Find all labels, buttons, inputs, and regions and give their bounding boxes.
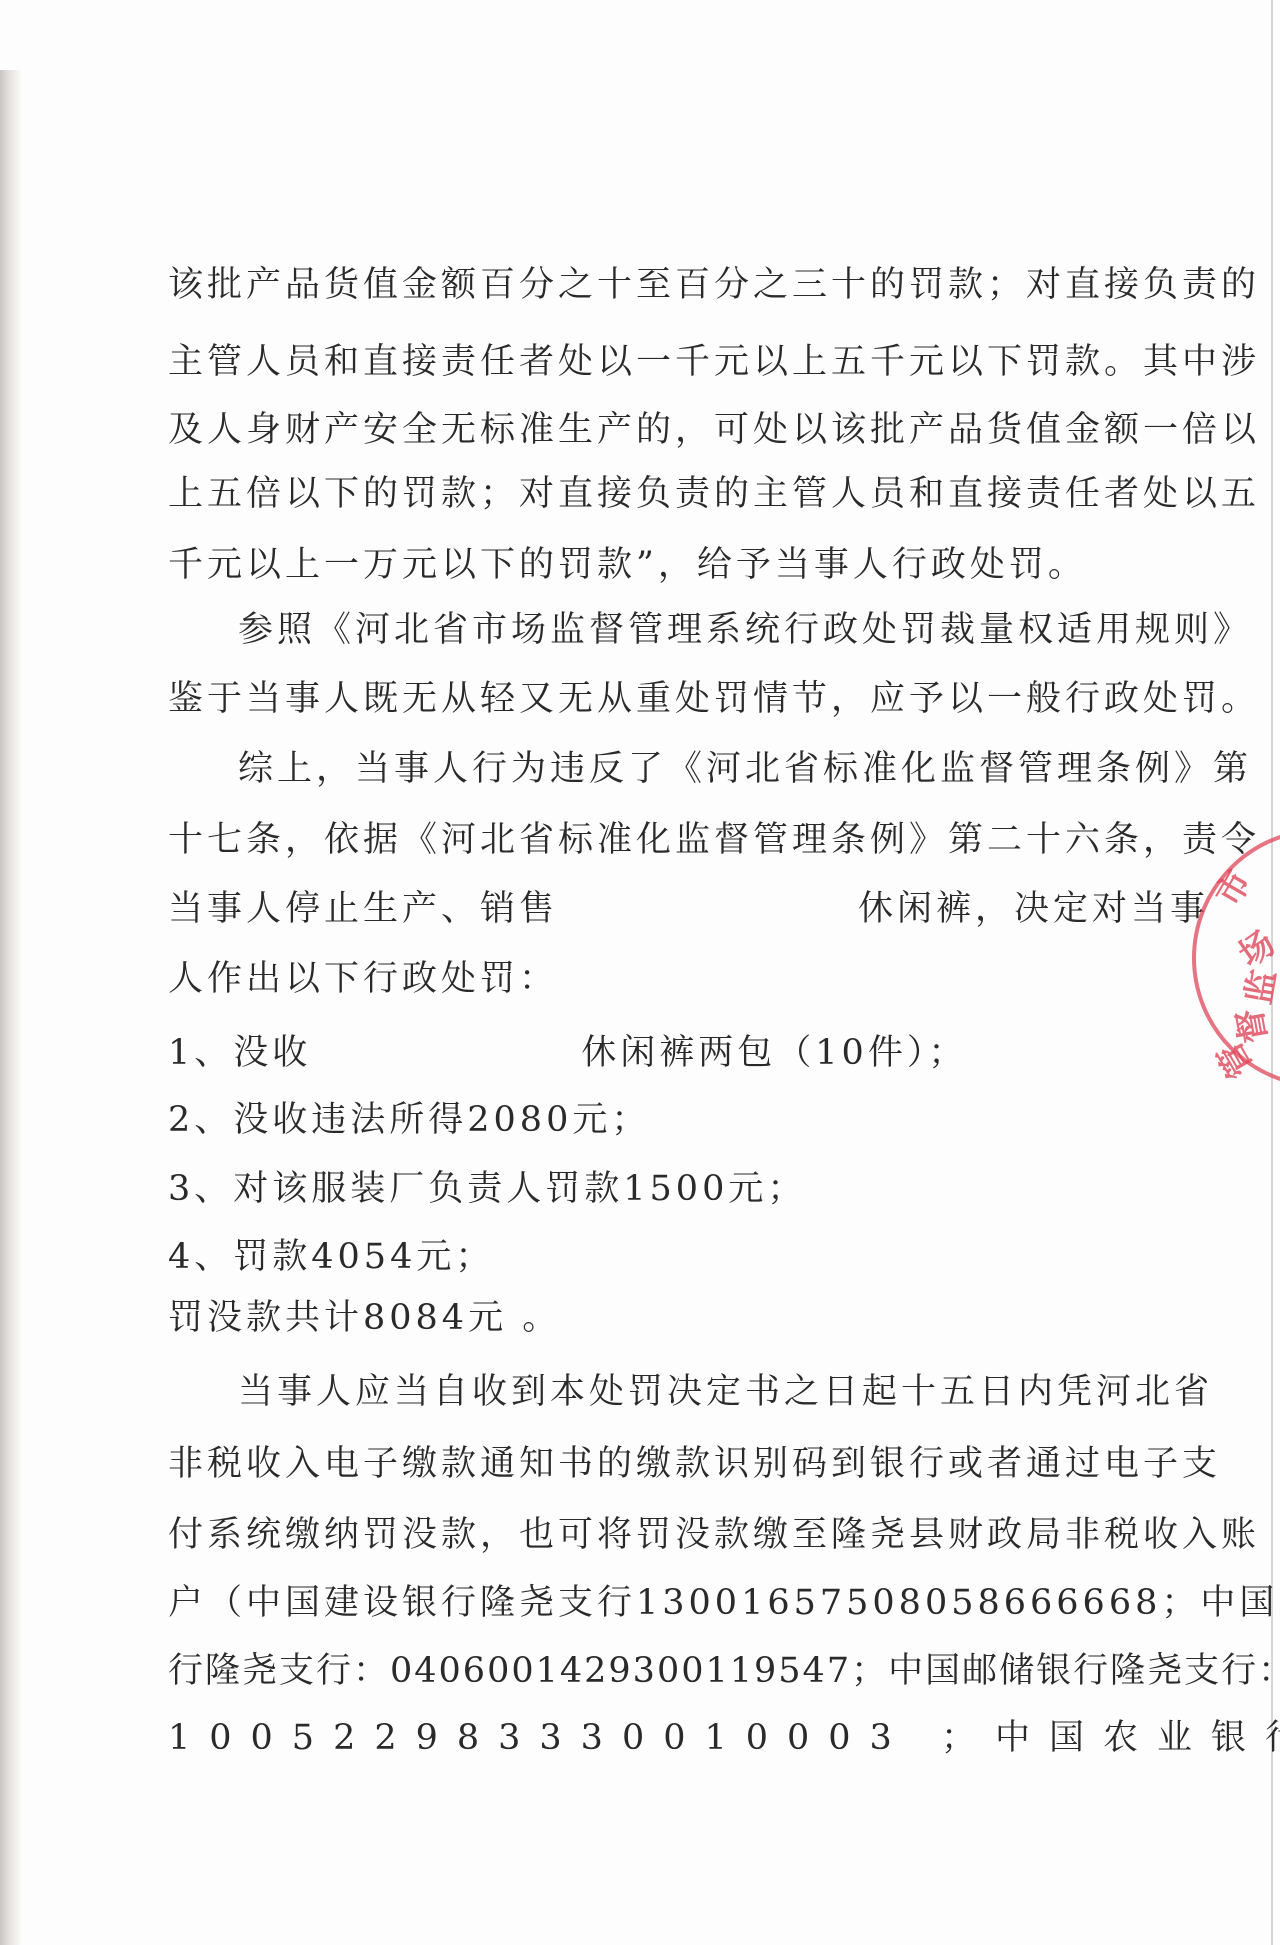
text-segment: 1、没收 <box>168 1033 311 1073</box>
penalty-item-2: 2、没收违法所得2080元； <box>168 1095 1128 1145</box>
text-segment: 当事人停止生产、销售 <box>168 889 558 929</box>
seal-char: 市 <box>1201 860 1260 914</box>
bank-account-line: 100522983330010003 ；中国农业银行隆尧支行： <box>168 1713 1128 1763</box>
text-line: 人作出以下行政处罚： <box>168 954 1128 1004</box>
bank-account-line: 行隆尧支行：0406001429300119547；中国邮储银行隆尧支行： <box>168 1646 1128 1696</box>
seal-char: 监 <box>1231 966 1280 1008</box>
page-shadow <box>0 70 22 1945</box>
bank-account-line: 户（中国建设银行隆尧支行13001657508058666668；中国工商银 <box>168 1578 1128 1628</box>
text-line: 当事人应当自收到本处罚决定书之日起十五日内凭河北省 <box>238 1367 1198 1417</box>
penalty-item-1: 1、没收休闲裤两包（10件）； <box>168 1028 1128 1078</box>
text-line: 主管人员和直接责任者处以一千元以上五千元以下罚款。其中涉 <box>168 337 1128 387</box>
text-line: 十七条，依据《河北省标准化监督管理条例》第二十六条，责令 <box>168 815 1128 865</box>
text-line: 该批产品货值金额百分之十至百分之三十的罚款；对直接负责的 <box>168 260 1128 310</box>
penalty-item-3: 3、对该服装厂负责人罚款1500元； <box>168 1164 1128 1214</box>
text-line: 及人身财产安全无标准生产的，可处以该批产品货值金额一倍以 <box>168 405 1128 455</box>
text-segment: 休闲裤两包（10件）； <box>581 1033 967 1073</box>
official-seal: 市 场 监 督 管 <box>1192 828 1280 1088</box>
text-line-redacted: 当事人停止生产、销售休闲裤，决定对当事 <box>168 884 1128 934</box>
text-line: 综上，当事人行为违反了《河北省标准化监督管理条例》第 <box>238 744 1198 794</box>
text-line: 千元以上一万元以下的罚款”，给予当事人行政处罚。 <box>168 540 1128 590</box>
text-line: 鉴于当事人既无从轻又无从重处罚情节，应予以一般行政处罚。 <box>168 674 1128 724</box>
seal-char: 场 <box>1227 917 1280 977</box>
text-line: 上五倍以下的罚款；对直接负责的主管人员和直接责任者处以五 <box>168 469 1128 519</box>
redaction-box <box>558 888 858 934</box>
text-line: 非税收入电子缴款通知书的缴款识别码到银行或者通过电子支 <box>168 1439 1128 1489</box>
text-segment: 休闲裤，决定对当事 <box>858 889 1209 929</box>
text-line: 付系统缴纳罚没款，也可将罚没款缴至隆尧县财政局非税收入账 <box>168 1510 1128 1560</box>
penalty-total: 罚没款共计8084元 。 <box>168 1293 1128 1343</box>
penalty-item-4: 4、罚款4054元； <box>168 1232 1128 1282</box>
text-line: 参照《河北省市场监督管理系统行政处罚裁量权适用规则》 <box>238 605 1198 655</box>
redaction-box <box>311 1032 581 1078</box>
